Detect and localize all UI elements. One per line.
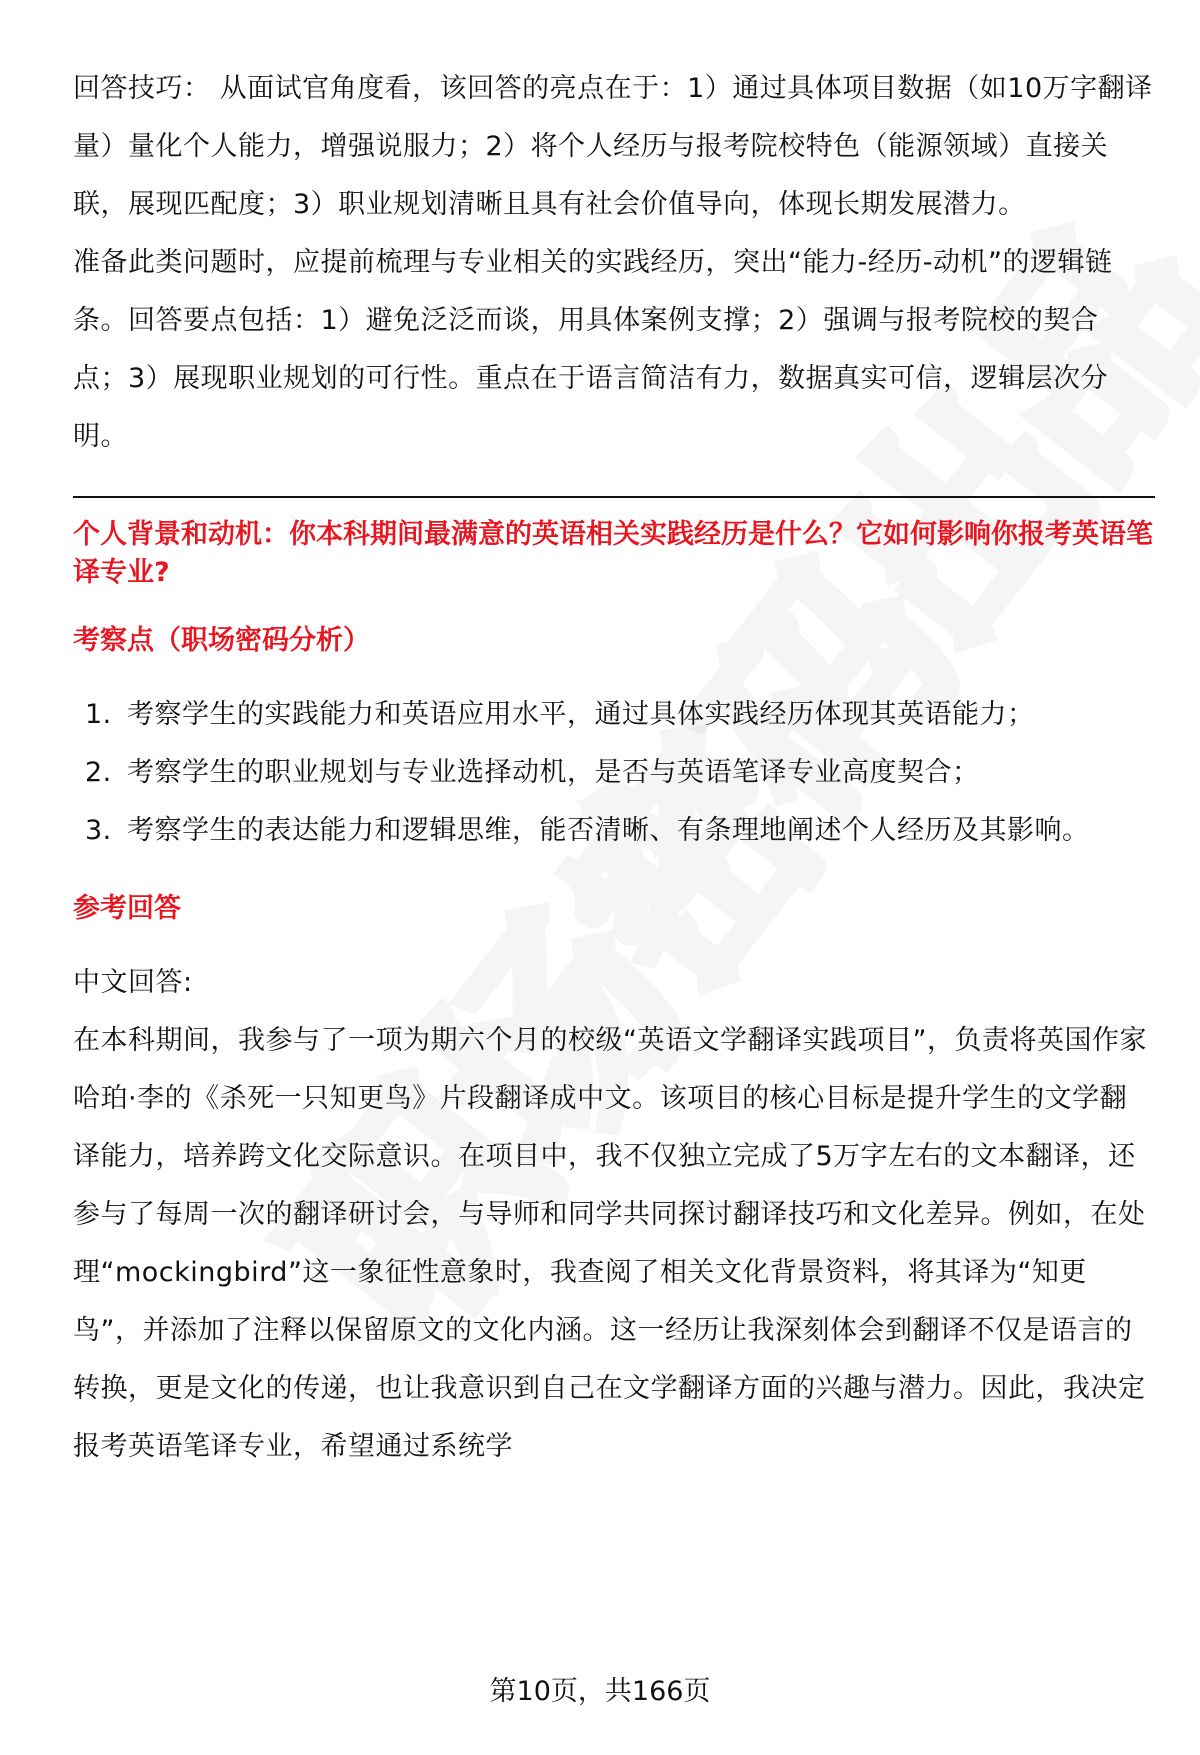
answer-label: 中文回答: [73, 954, 1153, 1012]
tips-paragraph: 回答技巧： 从面试官角度看，该回答的亮点在于：1）通过具体项目数据（如10万字翻… [73, 60, 1153, 234]
assessment-heading: 考察点（职场密码分析） [73, 622, 1153, 660]
answer-text: 在本科期间，我参与了一项为期六个月的校级“英语文学翻译实践项目”，负责将英国作家… [73, 1012, 1153, 1476]
list-number: 1. [85, 686, 112, 744]
document-page: 回答技巧： 从面试官角度看，该回答的亮点在于：1）通过具体项目数据（如10万字翻… [73, 60, 1153, 1476]
list-item: 1. 考察学生的实践能力和英语应用水平，通过具体实践经历体现其英语能力； [73, 686, 1153, 744]
list-item: 2. 考察学生的职业规划与专业选择动机，是否与英语笔译专业高度契合； [73, 744, 1153, 802]
question-title: 个人背景和动机：你本科期间最满意的英语相关实践经历是什么？它如何影响你报考英语笔… [73, 516, 1153, 592]
assessment-list: 1. 考察学生的实践能力和英语应用水平，通过具体实践经历体现其英语能力； 2. … [73, 686, 1153, 860]
list-number: 3. [85, 802, 112, 860]
list-text: 考察学生的表达能力和逻辑思维，能否清晰、有条理地阐述个人经历及其影响。 [127, 815, 1090, 846]
reference-answer-heading: 参考回答 [73, 890, 1153, 928]
list-text: 考察学生的职业规划与专业选择动机，是否与英语笔译专业高度契合； [127, 757, 980, 788]
list-number: 2. [85, 744, 112, 802]
list-item: 3. 考察学生的表达能力和逻辑思维，能否清晰、有条理地阐述个人经历及其影响。 [73, 802, 1153, 860]
page-indicator: 第10页，共166页 [0, 1672, 1200, 1712]
list-text: 考察学生的实践能力和英语应用水平，通过具体实践经历体现其英语能力； [127, 699, 1035, 730]
prep-paragraph: 准备此类问题时，应提前梳理与专业相关的实践经历，突出“能力-经历-动机”的逻辑链… [73, 234, 1153, 466]
section-divider [73, 496, 1155, 498]
